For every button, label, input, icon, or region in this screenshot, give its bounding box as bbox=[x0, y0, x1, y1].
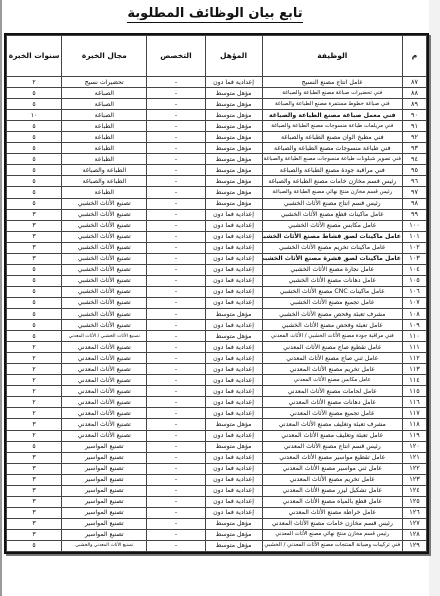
cell-specialization: - bbox=[147, 419, 205, 430]
cell-years: ٥ bbox=[7, 286, 62, 297]
cell-years: ٣ bbox=[7, 231, 62, 242]
cell-num: ١١٧ bbox=[402, 408, 426, 419]
cell-num: ١٠٠ bbox=[402, 220, 426, 231]
header-years: سنوات الخبرة bbox=[7, 36, 62, 77]
cell-years: ٢ bbox=[7, 77, 62, 88]
cell-qualification: إعدادية فما دون bbox=[205, 364, 262, 375]
cell-field: الطباعة والصباغة bbox=[62, 176, 147, 187]
cell-num: ١١٦ bbox=[402, 397, 426, 408]
table-row: ١٢٤عامل تشكيل ليزر مصنع الأثاث المعدنيإع… bbox=[7, 485, 427, 496]
cell-field: الطباعة bbox=[62, 143, 147, 154]
cell-specialization: - bbox=[147, 143, 205, 154]
cell-job: فني معمل صباغة مصنع الطباعة والصباغة bbox=[262, 110, 402, 121]
cell-years: ٥ bbox=[7, 154, 62, 165]
table-row: ١٠٥عامل دهانات مصنع الأثاث الخشبيإعدادية… bbox=[7, 275, 427, 286]
page-title: تابع بيان الوظائف المطلوبة bbox=[0, 6, 430, 21]
cell-specialization: - bbox=[147, 308, 205, 319]
cell-num: ٩٩ bbox=[402, 209, 426, 220]
table-body: ٨٧عامل انتاج مصنع النسيجإعدادية فما دون-… bbox=[7, 77, 427, 552]
cell-job: عامل خراطة مصنع الأثاث المعدني bbox=[262, 507, 402, 518]
cell-specialization: - bbox=[147, 386, 205, 397]
cell-years: ٥ bbox=[7, 121, 62, 132]
cell-job: عامل تخريم مصنع الأثاث المعدني bbox=[262, 364, 402, 375]
cell-specialization: - bbox=[147, 165, 205, 176]
cell-job: فني مراقبة جودة مصنع الطباعة والصباغة bbox=[262, 165, 402, 176]
cell-job: رئيس قسم انتاج مصنع الأثاث الخشبي bbox=[262, 198, 402, 209]
cell-job: عامل ماكينات قطع مصنع الأثاث الخشبي bbox=[262, 209, 402, 220]
cell-num: ١١٩ bbox=[402, 430, 426, 441]
cell-specialization: - bbox=[147, 110, 205, 121]
cell-job: رئيس قسم انتاج مصنع الأثاث المعدني bbox=[262, 441, 402, 452]
cell-job: عامل تشكيل ليزر مصنع الأثاث المعدني bbox=[262, 485, 402, 496]
cell-specialization: - bbox=[147, 231, 205, 242]
cell-specialization: - bbox=[147, 242, 205, 253]
cell-years: ٥ bbox=[7, 540, 62, 551]
cell-qualification: مؤهل متوسط bbox=[205, 110, 262, 121]
table-row: ١٢٠رئيس قسم انتاج مصنع الأثاث المعدنيمؤه… bbox=[7, 441, 427, 452]
cell-specialization: - bbox=[147, 220, 205, 231]
table-row: ٨٧عامل انتاج مصنع النسيجإعدادية فما دون-… bbox=[7, 77, 427, 88]
cell-qualification: إعدادية فما دون bbox=[205, 286, 262, 297]
cell-num: ١١٥ bbox=[402, 386, 426, 397]
cell-num: ١٢٩ bbox=[402, 540, 426, 551]
cell-job: رئيس قسم مخازن منتج نهائي مصنع الأثاث ال… bbox=[262, 529, 402, 540]
cell-years: ٢ bbox=[7, 364, 62, 375]
cell-job: فني طباعة منسوجات مصنع الطباعة والصباغة bbox=[262, 143, 402, 154]
cell-num: ١٢٥ bbox=[402, 496, 426, 507]
cell-specialization: - bbox=[147, 264, 205, 275]
table-row: ١٠٧عامل تجميع مصنع الأثاث الخشبيإعدادية … bbox=[7, 297, 427, 308]
cell-specialization: - bbox=[147, 463, 205, 474]
table-row: ١١٩عامل تعبئة وتغليف مصنع الأثاث المعدني… bbox=[7, 430, 427, 441]
cell-num: ١٢٠ bbox=[402, 441, 426, 452]
table-row: ٨٨فني تحضيرات صباغة مصنع الطباعة والصباغ… bbox=[7, 88, 427, 99]
cell-qualification: إعدادية فما دون bbox=[205, 474, 262, 485]
cell-qualification: مؤهل متوسط bbox=[205, 99, 262, 110]
cell-qualification: إعدادية فما دون bbox=[205, 430, 262, 441]
table-row: ١١٥عامل لحامات مصنع الأثاث المعدنيإعدادي… bbox=[7, 386, 427, 397]
cell-years: ٥ bbox=[7, 176, 62, 187]
cell-field: تصنيع الأثاث المعدني bbox=[62, 375, 147, 386]
cell-years: ٥ bbox=[7, 187, 62, 198]
table-row: ٩٨رئيس قسم انتاج مصنع الأثاث الخشبيمؤهل … bbox=[7, 198, 427, 209]
cell-years: ٣ bbox=[7, 485, 62, 496]
cell-years: ٥ bbox=[7, 297, 62, 308]
cell-qualification: مؤهل متوسط bbox=[205, 132, 262, 143]
cell-field: تصنيع الأثاث الخشبي bbox=[62, 264, 147, 275]
cell-qualification: إعدادية فما دون bbox=[205, 320, 262, 331]
cell-num: ١١٢ bbox=[402, 353, 426, 364]
header-specialization: التخصص bbox=[147, 36, 205, 77]
cell-years: ٣ bbox=[7, 253, 62, 264]
cell-num: ١١٨ bbox=[402, 419, 426, 430]
cell-years: ٥ bbox=[7, 320, 62, 331]
cell-field: تصنيع الأثاث الخشبي bbox=[62, 275, 147, 286]
table-row: ١٠٦عامل ماكينات CNC مصنع الأثاث الخشبيإع… bbox=[7, 286, 427, 297]
table-row: ١٢١عامل تقطيع مواسير مصنع الأثاث المعدني… bbox=[7, 452, 427, 463]
cell-job: عامل قطع بالمياه مصنع الأثاث المعدني bbox=[262, 496, 402, 507]
cell-specialization: - bbox=[147, 286, 205, 297]
cell-job: فني تركيبات وصيانة المنتجات مصنع الأثاث … bbox=[262, 540, 402, 551]
table-row: ١٢٥عامل قطع بالمياه مصنع الأثاث المعدنيإ… bbox=[7, 496, 427, 507]
cell-field: تصنيع الأثاث الخشبي bbox=[62, 308, 147, 319]
cell-job: فني تحضيرات صباغة مصنع الطباعة والصباغة bbox=[262, 88, 402, 99]
cell-job: عامل تقطيع مواسير مصنع الأثاث المعدني bbox=[262, 452, 402, 463]
cell-num: ٩٣ bbox=[402, 143, 426, 154]
cell-num: ١٠١ bbox=[402, 231, 426, 242]
cell-qualification: مؤهل متوسط bbox=[205, 529, 262, 540]
cell-years: ٣ bbox=[7, 463, 62, 474]
cell-specialization: - bbox=[147, 518, 205, 529]
cell-job: مشرف تعبئة وفحص مصنع الأثاث الخشبي bbox=[262, 308, 402, 319]
cell-qualification: مؤهل متوسط bbox=[205, 187, 262, 198]
cell-specialization: - bbox=[147, 154, 205, 165]
cell-num: ٨٩ bbox=[402, 99, 426, 110]
cell-qualification: مؤهل متوسط bbox=[205, 518, 262, 529]
cell-qualification: إعدادية فما دون bbox=[205, 342, 262, 353]
cell-num: ٩١ bbox=[402, 121, 426, 132]
cell-num: ١٢٦ bbox=[402, 507, 426, 518]
cell-qualification: إعدادية فما دون bbox=[205, 253, 262, 264]
cell-specialization: - bbox=[147, 342, 205, 353]
cell-job: عامل نجارة مصنع الأثاث الخشبي bbox=[262, 264, 402, 275]
cell-field: تصنيع الأثاث الخشبي bbox=[62, 253, 147, 264]
cell-qualification: إعدادية فما دون bbox=[205, 463, 262, 474]
cell-years: ٥ bbox=[7, 165, 62, 176]
table-row: ١١١عامل تقطيع صاج مصنع الأثاث المعدنيإعد… bbox=[7, 342, 427, 353]
cell-years: ٢ bbox=[7, 386, 62, 397]
cell-years: ٣ bbox=[7, 518, 62, 529]
cell-specialization: - bbox=[147, 441, 205, 452]
table-row: ١١٧عامل تجميع مصنع الأثاث المعدنيإعدادية… bbox=[7, 408, 427, 419]
cell-specialization: - bbox=[147, 452, 205, 463]
table-row: ١٠٢عامل ماكينات تخريم مصنع الأثاث الخشبي… bbox=[7, 242, 427, 253]
page-left-edge bbox=[0, 0, 2, 596]
cell-qualification: مؤهل متوسط bbox=[205, 143, 262, 154]
cell-field: تصنيع الأثاث المعدني bbox=[62, 408, 147, 419]
cell-qualification: إعدادية فما دون bbox=[205, 220, 262, 231]
table-row: ١٢٦عامل خراطة مصنع الأثاث المعدنيإعدادية… bbox=[7, 507, 427, 518]
table-row: ١٢٩فني تركيبات وصيانة المنتجات مصنع الأث… bbox=[7, 540, 427, 551]
cell-field: الصباغة bbox=[62, 110, 147, 121]
cell-qualification: إعدادية فما دون bbox=[205, 452, 262, 463]
cell-qualification: مؤهل متوسط bbox=[205, 419, 262, 430]
cell-field: تصنيع الأثاث الخشبي bbox=[62, 242, 147, 253]
cell-specialization: - bbox=[147, 209, 205, 220]
table-row: ١٠١عامل ماكينات لصق قشاط مصنع الأثاث الخ… bbox=[7, 231, 427, 242]
cell-job: عامل تجميع مصنع الأثاث المعدني bbox=[262, 408, 402, 419]
table-row: ١٢٣عامل تخريم مصنع الأثاث المعدنيإعدادية… bbox=[7, 474, 427, 485]
cell-qualification: إعدادية فما دون bbox=[205, 496, 262, 507]
cell-field: تصنيع الأثاث المعدني bbox=[62, 386, 147, 397]
cell-num: ١٠٥ bbox=[402, 275, 426, 286]
cell-specialization: - bbox=[147, 198, 205, 209]
cell-num: ٩٥ bbox=[402, 165, 426, 176]
cell-field: تصنيع الأثاث المعدني bbox=[62, 430, 147, 441]
cell-job: عامل ثني مواسير مصنع الأثاث المعدني bbox=[262, 463, 402, 474]
cell-job: عامل ماكينات CNC مصنع الأثاث الخشبي bbox=[262, 286, 402, 297]
page-title-text: تابع بيان الوظائف المطلوبة bbox=[127, 6, 302, 23]
header-field: مجال الخبرة bbox=[62, 36, 147, 77]
cell-years: ٣ bbox=[7, 496, 62, 507]
cell-field: تصنيع الأثاث الخشبي bbox=[62, 320, 147, 331]
cell-years: ٥ bbox=[7, 275, 62, 286]
table-row: ٩٩عامل ماكينات قطع مصنع الأثاث الخشبيإعد… bbox=[7, 209, 427, 220]
table-row: ٩١فني مريلمات طباعة منسوجات مصنع الطباعة… bbox=[7, 121, 427, 132]
cell-field: تصنيع الأثاث الخشبي bbox=[62, 220, 147, 231]
cell-num: ٨٨ bbox=[402, 88, 426, 99]
cell-years: ٥ bbox=[7, 88, 62, 99]
cell-qualification: مؤهل متوسط bbox=[205, 331, 262, 342]
cell-qualification: إعدادية فما دون bbox=[205, 507, 262, 518]
cell-specialization: - bbox=[147, 99, 205, 110]
table-row: ١١٨مشرف تعبئة وتغليف مصنع الأثاث المعدني… bbox=[7, 419, 427, 430]
cell-field: تصنيع الأثاث الخشبي bbox=[62, 286, 147, 297]
cell-specialization: - bbox=[147, 331, 205, 342]
cell-qualification: إعدادية فما دون bbox=[205, 375, 262, 386]
cell-years: ٣ bbox=[7, 529, 62, 540]
cell-field: تصنيع المواسير bbox=[62, 529, 147, 540]
cell-years: ٣ bbox=[7, 507, 62, 518]
cell-years: ٣ bbox=[7, 209, 62, 220]
cell-field: تحضيرات نسيج bbox=[62, 77, 147, 88]
jobs-table-container: م الوظيفة المؤهل التخصص مجال الخبرة سنوا… bbox=[4, 33, 429, 554]
cell-years: ٥ bbox=[7, 441, 62, 452]
cell-job: عامل تخريم مصنع الأثاث المعدني bbox=[262, 474, 402, 485]
table-row: ٨٩فني صباغة خطوط مستمرة مصنع الطباعة وال… bbox=[7, 99, 427, 110]
cell-years: ٥ bbox=[7, 264, 62, 275]
cell-field: الصباغة bbox=[62, 99, 147, 110]
cell-field: تصنيع الأثاث المعدني bbox=[62, 397, 147, 408]
cell-specialization: - bbox=[147, 253, 205, 264]
cell-specialization: - bbox=[147, 474, 205, 485]
cell-specialization: - bbox=[147, 540, 205, 551]
cell-years: ١٠ bbox=[7, 110, 62, 121]
cell-num: ١١٠ bbox=[402, 331, 426, 342]
cell-num: ٩٤ bbox=[402, 154, 426, 165]
cell-job: عامل ماكينات تخريم مصنع الأثاث الخشبي bbox=[262, 242, 402, 253]
cell-years: ٢ bbox=[7, 397, 62, 408]
cell-job: فني مريلمات طباعة منسوجات مصنع الطباعة و… bbox=[262, 121, 402, 132]
cell-num: ٩٨ bbox=[402, 198, 426, 209]
cell-specialization: - bbox=[147, 88, 205, 99]
table-row: ٩٤فني تصوير شبلونات طباعة منسوجات مصنع ا… bbox=[7, 154, 427, 165]
cell-specialization: - bbox=[147, 430, 205, 441]
cell-specialization: - bbox=[147, 297, 205, 308]
cell-field: تصنيع المواسير bbox=[62, 496, 147, 507]
cell-years: ٥ bbox=[7, 331, 62, 342]
cell-num: ١٠٧ bbox=[402, 297, 426, 308]
cell-num: ٩٦ bbox=[402, 176, 426, 187]
cell-job: عامل ماكينات لصق قشرة مصنع الأثاث الخشبي bbox=[262, 253, 402, 264]
cell-specialization: - bbox=[147, 496, 205, 507]
cell-job: مشرف تعبئة وتغليف مصنع الأثاث المعدني bbox=[262, 419, 402, 430]
header-qualification: المؤهل bbox=[205, 36, 262, 77]
cell-job: فني مراقبة جودة مصنع الأثاث الخشبي / الأ… bbox=[262, 331, 402, 342]
cell-specialization: - bbox=[147, 375, 205, 386]
cell-job: رئيس قسم مخازن خامات مصنع الطباعة والصبا… bbox=[262, 176, 402, 187]
cell-field: تصنيع الأثاث المعدني bbox=[62, 342, 147, 353]
table-row: ٩٢فني مطبخ الوان مصنع الطباعة والصباغةمؤ… bbox=[7, 132, 427, 143]
table-row: ٩٧رئيس قسم مخازن منتج نهائي مصنع الطباعة… bbox=[7, 187, 427, 198]
table-row: ١١٢عامل ثني صاج مصنع الأثاث المعدنيإعداد… bbox=[7, 353, 427, 364]
cell-num: ١٢٢ bbox=[402, 463, 426, 474]
cell-qualification: إعدادية فما دون bbox=[205, 209, 262, 220]
table-row: ١١٣عامل تخريم مصنع الأثاث المعدنيإعدادية… bbox=[7, 364, 427, 375]
cell-job: عامل تقطيع صاج مصنع الأثاث المعدني bbox=[262, 342, 402, 353]
cell-years: ٥ bbox=[7, 308, 62, 319]
cell-field: تصنيع المواسير bbox=[62, 452, 147, 463]
cell-field: تصنيع الأثاث المعدني bbox=[62, 419, 147, 430]
cell-years: ٥ bbox=[7, 132, 62, 143]
cell-field: تصنيع الأثاث المعدني bbox=[62, 353, 147, 364]
cell-years: ٢ bbox=[7, 430, 62, 441]
cell-job: عامل تعبئة وفحص مصنع الأثاث الخشبي bbox=[262, 320, 402, 331]
cell-job: رئيس قسم مخازن منتج نهائي مصنع الطباعة و… bbox=[262, 187, 402, 198]
cell-qualification: إعدادية فما دون bbox=[205, 242, 262, 253]
cell-num: ١٢٧ bbox=[402, 518, 426, 529]
table-row: ١١٤عامل مكابس مصنع الأثاث المعدنيإعدادية… bbox=[7, 375, 427, 386]
cell-specialization: - bbox=[147, 132, 205, 143]
cell-job: عامل ثني صاج مصنع الأثاث المعدني bbox=[262, 353, 402, 364]
cell-qualification: إعدادية فما دون bbox=[205, 408, 262, 419]
cell-years: ٣ bbox=[7, 220, 62, 231]
table-row: ٩٦رئيس قسم مخازن خامات مصنع الطباعة والص… bbox=[7, 176, 427, 187]
cell-years: ٥ bbox=[7, 99, 62, 110]
cell-years: ٣ bbox=[7, 474, 62, 485]
cell-years: ٣ bbox=[7, 452, 62, 463]
header-job: الوظيفة bbox=[262, 36, 402, 77]
cell-job: رئيس قسم مخازن خامات مصنع الأثاث المعدني bbox=[262, 518, 402, 529]
cell-field: تصنيع الأثاث الخشبي bbox=[62, 231, 147, 242]
cell-qualification: مؤهل متوسط bbox=[205, 88, 262, 99]
cell-job: فني تصوير شبلونات طباعة منسوجات مصنع الط… bbox=[262, 154, 402, 165]
cell-field: تصنيع الأثاث الخشبي / الأثاث المعدني bbox=[62, 331, 147, 342]
cell-field: تصنيع الأثاث المعدني والخشبي bbox=[62, 540, 147, 551]
table-row: ١١٦عامل دهانات مصنع الأثاث المعدنيإعدادي… bbox=[7, 397, 427, 408]
cell-num: ١١٣ bbox=[402, 364, 426, 375]
cell-num: ١٢٤ bbox=[402, 485, 426, 496]
table-row: ١٢٢عامل ثني مواسير مصنع الأثاث المعدنيإع… bbox=[7, 463, 427, 474]
cell-job: عامل تجميع مصنع الأثاث الخشبي bbox=[262, 297, 402, 308]
cell-years: ٥ bbox=[7, 143, 62, 154]
table-row: ١٠٣عامل ماكينات لصق قشرة مصنع الأثاث الخ… bbox=[7, 253, 427, 264]
cell-years: ٢ bbox=[7, 342, 62, 353]
cell-num: ١٠٣ bbox=[402, 253, 426, 264]
cell-qualification: إعدادية فما دون bbox=[205, 77, 262, 88]
cell-specialization: - bbox=[147, 187, 205, 198]
cell-num: ١٠٩ bbox=[402, 320, 426, 331]
cell-specialization: - bbox=[147, 364, 205, 375]
cell-field: تصنيع المواسير bbox=[62, 507, 147, 518]
table-row: ١٠٨مشرف تعبئة وفحص مصنع الأثاث الخشبيمؤه… bbox=[7, 308, 427, 319]
cell-job: فني صباغة خطوط مستمرة مصنع الطباعة والصب… bbox=[262, 99, 402, 110]
table-row: ١٢٧رئيس قسم مخازن خامات مصنع الأثاث المع… bbox=[7, 518, 427, 529]
table-row: ٩٥فني مراقبة جودة مصنع الطباعة والصباغةم… bbox=[7, 165, 427, 176]
table-header-row: م الوظيفة المؤهل التخصص مجال الخبرة سنوا… bbox=[7, 36, 427, 77]
table-row: ٩٣فني طباعة منسوجات مصنع الطباعة والصباغ… bbox=[7, 143, 427, 154]
cell-field: تصنيع المواسير bbox=[62, 485, 147, 496]
cell-years: ٣ bbox=[7, 419, 62, 430]
cell-qualification: إعدادية فما دون bbox=[205, 485, 262, 496]
cell-field: تصنيع الأثاث المعدني bbox=[62, 364, 147, 375]
cell-field: تصنيع المواسير bbox=[62, 474, 147, 485]
cell-num: ١٠٢ bbox=[402, 242, 426, 253]
cell-job: عامل مكابس مصنع الأثاث الخشبي bbox=[262, 220, 402, 231]
cell-field: الطباعة bbox=[62, 121, 147, 132]
cell-qualification: إعدادية فما دون bbox=[205, 264, 262, 275]
cell-specialization: - bbox=[147, 353, 205, 364]
cell-qualification: إعدادية فما دون bbox=[205, 231, 262, 242]
cell-field: تصنيع الأثاث الخشبي bbox=[62, 209, 147, 220]
cell-num: ١١٤ bbox=[402, 375, 426, 386]
cell-qualification: مؤهل متوسط bbox=[205, 176, 262, 187]
cell-job: فني مطبخ الوان مصنع الطباعة والصباغة bbox=[262, 132, 402, 143]
cell-field: تصنيع الأثاث الخشبي bbox=[62, 297, 147, 308]
cell-years: ٢ bbox=[7, 408, 62, 419]
cell-field: تصنيع المواسير bbox=[62, 463, 147, 474]
cell-years: ٣ bbox=[7, 242, 62, 253]
cell-num: ١٢٨ bbox=[402, 529, 426, 540]
cell-qualification: إعدادية فما دون bbox=[205, 397, 262, 408]
cell-field: الصباغة bbox=[62, 88, 147, 99]
cell-job: عامل لحامات مصنع الأثاث المعدني bbox=[262, 386, 402, 397]
cell-specialization: - bbox=[147, 77, 205, 88]
cell-qualification: مؤهل متوسط bbox=[205, 308, 262, 319]
cell-qualification: إعدادية فما دون bbox=[205, 275, 262, 286]
cell-num: ٩٠ bbox=[402, 110, 426, 121]
cell-field: الطباعة bbox=[62, 187, 147, 198]
cell-field: تصنيع الأثاث الخشبي bbox=[62, 198, 147, 209]
cell-years: ٥ bbox=[7, 198, 62, 209]
table-row: ١٢٨رئيس قسم مخازن منتج نهائي مصنع الأثاث… bbox=[7, 529, 427, 540]
cell-qualification: إعدادية فما دون bbox=[205, 386, 262, 397]
cell-num: ١١١ bbox=[402, 342, 426, 353]
cell-job: عامل دهانات مصنع الأثاث الخشبي bbox=[262, 275, 402, 286]
table-row: ١٠٤عامل نجارة مصنع الأثاث الخشبيإعدادية … bbox=[7, 264, 427, 275]
cell-qualification: مؤهل متوسط bbox=[205, 441, 262, 452]
cell-qualification: إعدادية فما دون bbox=[205, 353, 262, 364]
cell-specialization: - bbox=[147, 121, 205, 132]
cell-job: عامل ماكينات لصق قشاط مصنع الأثاث الخشبي bbox=[262, 231, 402, 242]
cell-num: ١٠٦ bbox=[402, 286, 426, 297]
cell-num: ٩٧ bbox=[402, 187, 426, 198]
cell-years: ٢ bbox=[7, 353, 62, 364]
cell-qualification: إعدادية فما دون bbox=[205, 297, 262, 308]
cell-num: ٩٢ bbox=[402, 132, 426, 143]
cell-field: الطباعة bbox=[62, 132, 147, 143]
table-row: ١٠٠عامل مكابس مصنع الأثاث الخشبيإعدادية … bbox=[7, 220, 427, 231]
cell-num: ٨٧ bbox=[402, 77, 426, 88]
cell-job: عامل انتاج مصنع النسيج bbox=[262, 77, 402, 88]
cell-num: ١٠٨ bbox=[402, 308, 426, 319]
cell-job: عامل تعبئة وتغليف مصنع الأثاث المعدني bbox=[262, 430, 402, 441]
cell-num: ١٢٣ bbox=[402, 474, 426, 485]
cell-job: عامل مكابس مصنع الأثاث المعدني bbox=[262, 375, 402, 386]
cell-num: ١٠٤ bbox=[402, 264, 426, 275]
cell-field: تصنيع المواسير bbox=[62, 441, 147, 452]
cell-specialization: - bbox=[147, 408, 205, 419]
page-right-margin bbox=[429, 0, 440, 596]
cell-years: ٢ bbox=[7, 375, 62, 386]
cell-qualification: مؤهل متوسط bbox=[205, 198, 262, 209]
cell-num: ١٢١ bbox=[402, 452, 426, 463]
cell-qualification: مؤهل متوسط bbox=[205, 121, 262, 132]
cell-qualification: مؤهل متوسط bbox=[205, 165, 262, 176]
cell-specialization: - bbox=[147, 275, 205, 286]
table-row: ١٠٩عامل تعبئة وفحص مصنع الأثاث الخشبيإعد… bbox=[7, 320, 427, 331]
cell-specialization: - bbox=[147, 529, 205, 540]
